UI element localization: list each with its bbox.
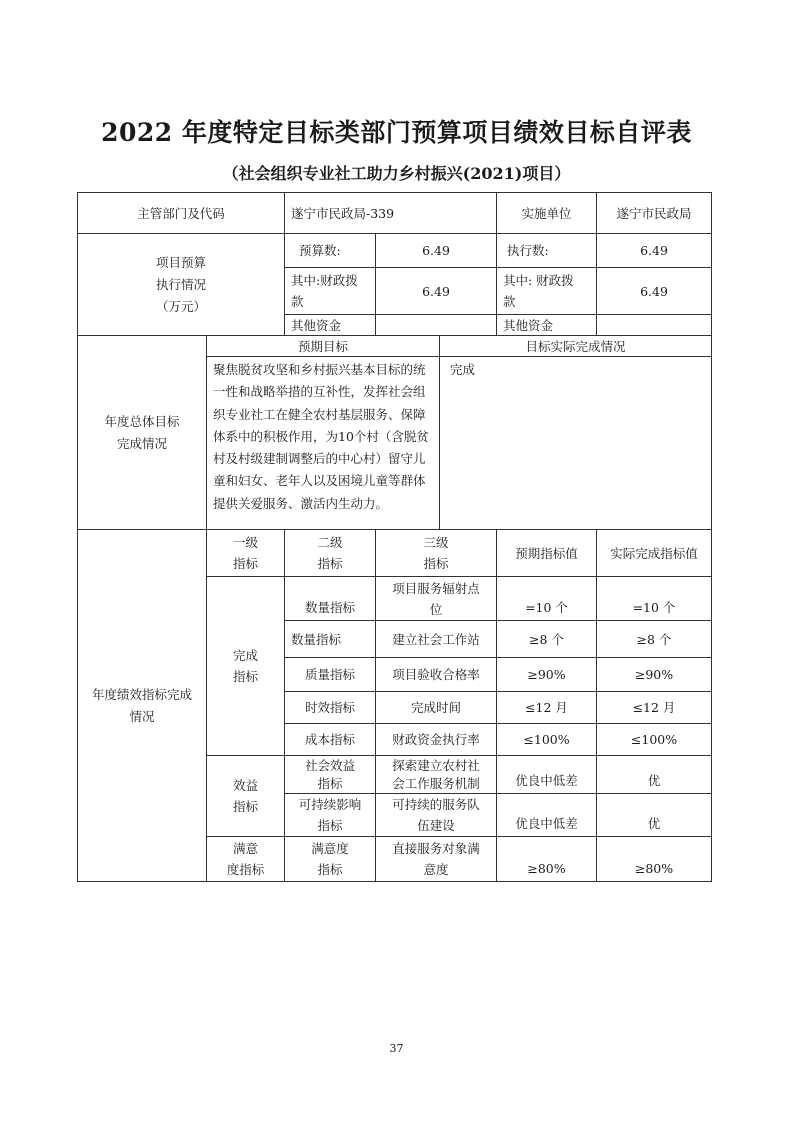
header-actual-cell: 实际完成指标值	[596, 529, 712, 577]
dept-value: 遂宁市民政局-339	[291, 203, 394, 224]
fiscal-label-right: 其中: 财政拨 款	[503, 270, 574, 312]
row5-actual: 优	[596, 755, 712, 794]
header-level1: 一级 指标	[233, 532, 258, 574]
row0-actual-text: =10 个	[633, 597, 676, 618]
exec-count-label-cell: 执行数:	[496, 233, 597, 268]
fiscal-label-left: 其中:财政拨 款	[291, 270, 358, 312]
row2-level3: 项目验收合格率	[375, 657, 497, 692]
row1-level3: 建立社会工作站	[375, 620, 497, 658]
row0-expected: =10 个	[496, 576, 597, 621]
document-title: 2022 年度特定目标类部门预算项目绩效目标自评表	[0, 113, 793, 149]
row4-level3-text: 财政资金执行率	[392, 729, 480, 750]
row3-expected: ≤12 月	[496, 691, 597, 724]
dept-value-cell: 遂宁市民政局-339	[284, 192, 497, 234]
expected-goal-header-cell: 预期目标	[206, 335, 440, 357]
row6-level2: 可持续影响 指标	[284, 793, 376, 837]
budget-count-label-cell: 预算数:	[284, 233, 376, 268]
actual-goal-text: 完成	[450, 359, 475, 380]
budget-count-value: 6.49	[422, 240, 450, 261]
row7-level2-text: 满意度 指标	[311, 838, 349, 880]
overall-goal-label: 年度总体目标 完成情况	[104, 411, 179, 455]
group-level1-benefit-label: 效益 指标	[233, 775, 258, 817]
header-level3-cell: 三级 指标	[375, 529, 497, 577]
row2-actual-text: ≥90%	[635, 664, 673, 685]
row6-expected-text: 优良中低差	[515, 813, 578, 834]
group-level1-completion-label: 完成 指标	[233, 645, 258, 687]
expected-goal-header: 预期目标	[298, 336, 348, 357]
header-expected-cell: 预期指标值	[496, 529, 597, 577]
row5-level2: 社会效益 指标	[284, 755, 376, 794]
group-level1-satisfaction: 满意 度指标	[206, 836, 285, 882]
row7-level2: 满意度 指标	[284, 836, 376, 882]
row7-expected-text: ≥80%	[527, 858, 565, 879]
row4-level2-text: 成本指标	[305, 729, 355, 750]
row3-level3: 完成时间	[375, 691, 497, 724]
actual-goal-text-cell: 完成	[439, 356, 712, 530]
row5-expected-text: 优良中低差	[515, 770, 578, 791]
row4-expected-text: ≤100%	[523, 729, 569, 750]
fiscal-value-right: 6.49	[640, 281, 668, 302]
row3-level3-text: 完成时间	[411, 697, 461, 718]
row1-expected: ≥8 个	[496, 620, 597, 658]
row4-actual: ≤100%	[596, 723, 712, 756]
group-level1-satisfaction-label: 满意 度指标	[227, 838, 265, 880]
expected-goal-text: 聚焦脱贫攻坚和乡村振兴基本目标的统一性和战略举措的互补性，发挥社会组织专业社工在…	[213, 359, 435, 515]
budget-label: 项目预算 执行情况 （万元）	[156, 252, 206, 318]
row6-level3: 可持续的服务队 伍建设	[375, 793, 497, 837]
row2-actual: ≥90%	[596, 657, 712, 692]
row3-actual-text: ≤12 月	[633, 697, 676, 718]
row4-level3: 财政资金执行率	[375, 723, 497, 756]
row4-level2: 成本指标	[284, 723, 376, 756]
other-value-right-cell	[596, 314, 712, 336]
header-level1-cell: 一级 指标	[206, 529, 285, 577]
row1-level2-text: 数量指标	[291, 629, 341, 650]
row2-level3-text: 项目验收合格率	[392, 664, 480, 685]
header-expected: 预期指标值	[515, 543, 578, 564]
row6-actual-text: 优	[648, 813, 661, 834]
row2-expected-text: ≥90%	[527, 664, 565, 685]
row6-level2-text: 可持续影响 指标	[299, 794, 362, 836]
row5-actual-text: 优	[648, 770, 661, 791]
header-level3: 三级 指标	[423, 532, 448, 574]
row0-level3-text: 项目服务辐射点 位	[392, 578, 480, 620]
other-label-left-cell: 其他资金	[284, 314, 376, 336]
overall-goal-label-cell: 年度总体目标 完成情况	[77, 335, 207, 530]
indicators-label-cell: 年度绩效指标完成 情况	[77, 529, 207, 882]
row5-level3: 探索建立农村社 会工作服务机制	[375, 755, 497, 794]
fiscal-label-left-cell: 其中:财政拨 款	[284, 267, 376, 315]
exec-count-value-cell: 6.49	[596, 233, 712, 268]
row6-expected: 优良中低差	[496, 793, 597, 837]
row4-expected: ≤100%	[496, 723, 597, 756]
row7-actual-text: ≥80%	[635, 858, 673, 879]
row1-level2: 数量指标	[284, 620, 376, 658]
row0-level2-text: 数量指标	[305, 597, 355, 618]
row2-level2: 质量指标	[284, 657, 376, 692]
fiscal-value-left: 6.49	[422, 281, 450, 302]
fiscal-value-left-cell: 6.49	[375, 267, 497, 315]
budget-count-value-cell: 6.49	[375, 233, 497, 268]
group-level1-completion: 完成 指标	[206, 576, 285, 756]
row5-level2-text: 社会效益 指标	[305, 757, 355, 793]
row4-actual-text: ≤100%	[631, 729, 677, 750]
row7-expected: ≥80%	[496, 836, 597, 882]
budget-count-label: 预算数:	[299, 240, 341, 261]
row1-actual: ≥8 个	[596, 620, 712, 658]
fiscal-label-right-cell: 其中: 财政拨 款	[496, 267, 597, 315]
other-label-right: 其他资金	[503, 315, 553, 336]
header-level2-cell: 二级 指标	[284, 529, 376, 577]
row7-actual: ≥80%	[596, 836, 712, 882]
row0-level3: 项目服务辐射点 位	[375, 576, 497, 621]
row3-level2-text: 时效指标	[305, 697, 355, 718]
fiscal-value-right-cell: 6.49	[596, 267, 712, 315]
row1-expected-text: ≥8 个	[529, 629, 564, 650]
row3-level2: 时效指标	[284, 691, 376, 724]
row5-expected: 优良中低差	[496, 755, 597, 794]
row2-level2-text: 质量指标	[305, 664, 355, 685]
group-level1-benefit: 效益 指标	[206, 755, 285, 837]
impl-value: 遂宁市民政局	[616, 203, 691, 224]
page-number: 37	[0, 1042, 793, 1055]
document-subtitle: （社会组织专业社工助力乡村振兴(2021)项目）	[0, 161, 793, 184]
row2-expected: ≥90%	[496, 657, 597, 692]
row3-expected-text: ≤12 月	[525, 697, 568, 718]
row0-level2: 数量指标	[284, 576, 376, 621]
impl-value-cell: 遂宁市民政局	[596, 192, 712, 234]
row0-actual: =10 个	[596, 576, 712, 621]
header-actual: 实际完成指标值	[610, 543, 698, 564]
other-label-left: 其他资金	[291, 315, 341, 336]
exec-count-value: 6.49	[640, 240, 668, 261]
row6-level3-text: 可持续的服务队 伍建设	[392, 794, 480, 836]
row7-level3-text: 直接服务对象满 意度	[392, 838, 480, 880]
actual-goal-header: 目标实际完成情况	[525, 336, 625, 357]
row7-level3: 直接服务对象满 意度	[375, 836, 497, 882]
row6-actual: 优	[596, 793, 712, 837]
dept-label-cell: 主管部门及代码	[77, 192, 285, 234]
budget-label-cell: 项目预算 执行情况 （万元）	[77, 233, 285, 336]
header-level2: 二级 指标	[317, 532, 342, 574]
dept-label: 主管部门及代码	[137, 203, 225, 224]
row3-actual: ≤12 月	[596, 691, 712, 724]
other-label-right-cell: 其他资金	[496, 314, 597, 336]
row5-level3-text: 探索建立农村社 会工作服务机制	[392, 757, 480, 793]
row1-level3-text: 建立社会工作站	[392, 629, 480, 650]
exec-count-label: 执行数:	[507, 240, 549, 261]
expected-goal-text-cell: 聚焦脱贫攻坚和乡村振兴基本目标的统一性和战略举措的互补性，发挥社会组织专业社工在…	[206, 356, 440, 530]
other-value-left-cell	[375, 314, 497, 336]
actual-goal-header-cell: 目标实际完成情况	[439, 335, 712, 357]
impl-label-cell: 实施单位	[496, 192, 597, 234]
row1-actual-text: ≥8 个	[637, 629, 672, 650]
impl-label: 实施单位	[521, 203, 571, 224]
indicators-label: 年度绩效指标完成 情况	[92, 684, 192, 728]
row0-expected-text: =10 个	[525, 597, 568, 618]
